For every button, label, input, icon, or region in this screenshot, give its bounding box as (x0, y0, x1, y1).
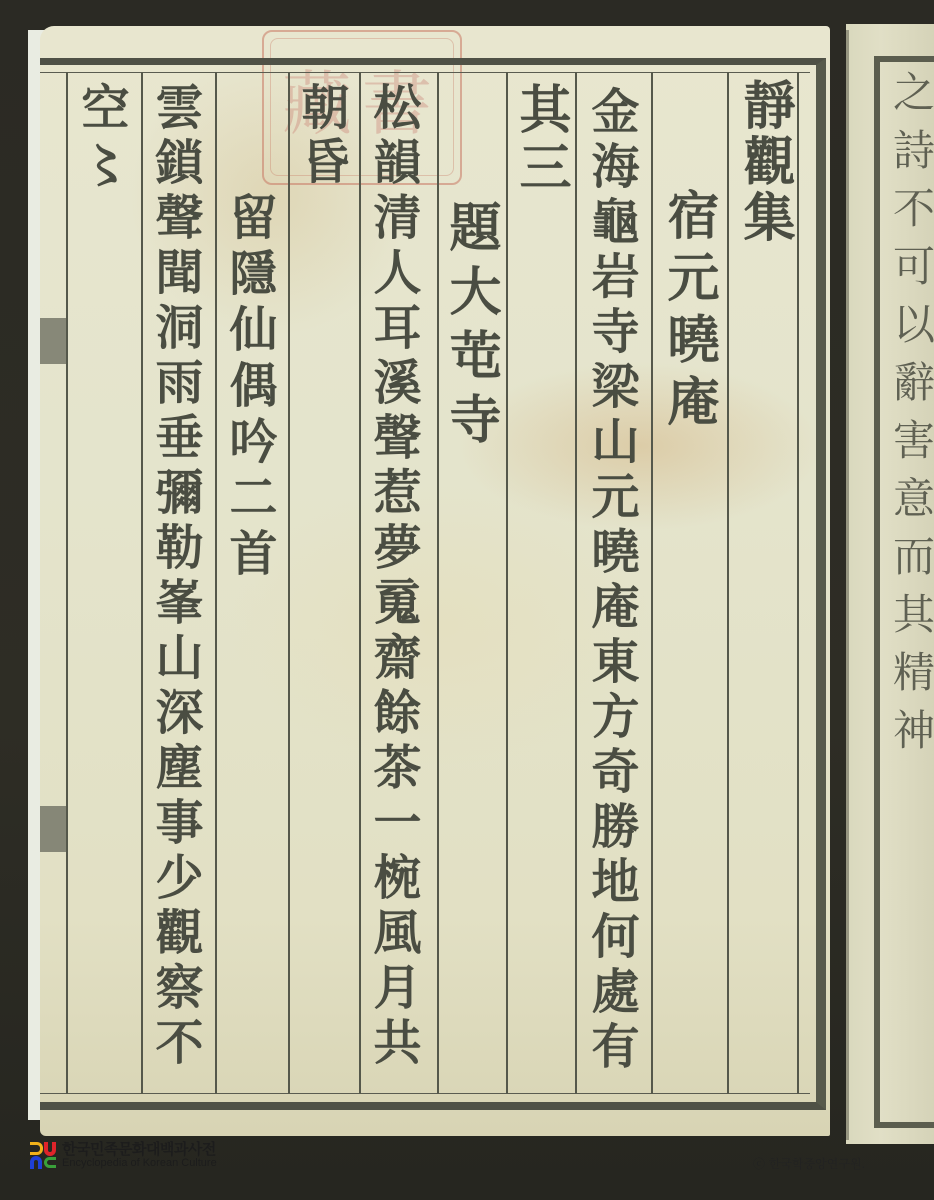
frame-inner-top (40, 72, 810, 73)
poem-title-2: 題大芚寺 (442, 200, 498, 456)
poem-body-2-continued: 朝昏 (294, 82, 348, 190)
column-rule (141, 72, 143, 1094)
column-rule (506, 72, 508, 1094)
encykorea-logo-icon (28, 1140, 58, 1170)
encyclopedia-logo: 한국민족문화대백과사전 Encyclopedia of Korean Cultu… (28, 1140, 217, 1170)
column-rule (575, 72, 577, 1094)
column-rule (437, 72, 439, 1094)
column-rule (288, 72, 290, 1094)
poem-body-1: 金海龜岩寺梁山元曉庵東方奇勝地何處有 (584, 86, 638, 1076)
column-rule (727, 72, 729, 1094)
logo-korean-text: 한국민족문화대백과사전 (62, 1142, 217, 1157)
poem-title-1: 宿元曉庵 (660, 188, 716, 436)
fish-tail-ornament-top (40, 318, 66, 364)
column-rule (215, 72, 217, 1094)
poem-title-3: 留隱仙偶吟二首 (222, 192, 276, 584)
poem-body-2: 松韻清人耳溪聲惹夢䰟齋餘茶一椀風月共 (366, 82, 420, 1072)
facing-page-text: 之詩不可以辭害意而其精神 (892, 70, 932, 766)
book-gutter (846, 30, 849, 1140)
column-rule (797, 72, 799, 1094)
logo-english-text: Encyclopedia of Korean Culture (62, 1158, 217, 1169)
column-rule (66, 72, 68, 1094)
copyright-notice: ⓒ 한국학중앙연구원. (753, 1155, 865, 1172)
fish-tail-ornament-bottom (40, 806, 66, 852)
poem-body-3-continued: 空〻 (74, 82, 128, 198)
frame-inner-bottom (40, 1093, 810, 1094)
book-title: 靜觀集 (736, 78, 792, 246)
poem-number: 其三 (512, 82, 568, 198)
column-rule (359, 72, 361, 1094)
poem-body-3: 雲鎖聲聞洞雨垂彌勒峯山深塵事少觀察不 (148, 82, 202, 1072)
fish-tail-margin (40, 318, 68, 858)
column-rule (651, 72, 653, 1094)
